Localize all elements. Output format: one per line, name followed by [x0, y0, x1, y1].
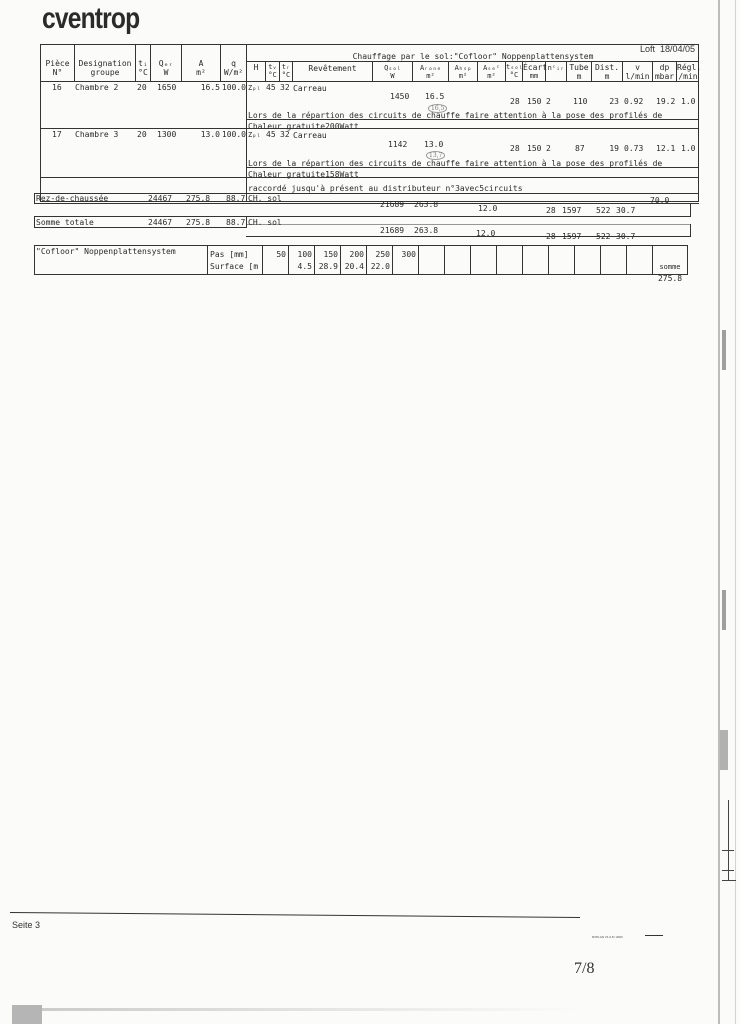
- spacing-label-surface: Surface [m: [210, 262, 258, 271]
- spacing-pas: 150: [314, 250, 338, 259]
- col-tr: tᵣ°C: [280, 63, 292, 79]
- spacing-pas: 250: [366, 250, 390, 259]
- col-q: qW/m²: [221, 59, 246, 77]
- spacing-label-pas: Pas [mm]: [210, 250, 249, 259]
- col-area: Am²: [182, 59, 220, 77]
- col-ti: tᵢ°C: [136, 59, 150, 77]
- col-ecart: Écartmm: [523, 63, 545, 80]
- group-title: Chauffage par le sol:"Cofloor" Noppenpla…: [247, 52, 699, 61]
- col-v: vl/min: [623, 63, 652, 81]
- row-note: Chaleur gratuite200Watt: [248, 122, 359, 131]
- col-qsol: QₛₒₗW: [373, 64, 412, 80]
- spacing-surface: 20.4: [340, 262, 364, 271]
- scan-artifact: [42, 1008, 582, 1011]
- spacing-surface: 4.5: [288, 262, 312, 271]
- brand-logo: cventrop: [42, 2, 139, 36]
- col-tv: tᵥ°C: [266, 63, 279, 79]
- col-asec: Aₛₑᶜm²: [478, 64, 505, 80]
- col-designation: Designationgroupe: [75, 59, 135, 77]
- spacing-pas: 100: [288, 250, 312, 259]
- spacing-pas: 50: [262, 250, 286, 259]
- spacing-sum-label: somme: [652, 263, 688, 272]
- page-edge: [735, 0, 736, 1024]
- software-version: DVPLAN V1.0.8 / 2003: [592, 935, 623, 939]
- spacing-sum-value: 275.8: [652, 274, 688, 283]
- scan-artifact: [12, 1005, 42, 1024]
- spacing-surface: 22.0: [366, 262, 390, 271]
- col-h: H: [247, 63, 265, 72]
- col-ncirc: nᶜᵢᵣ: [546, 64, 566, 72]
- page-edge: [718, 0, 720, 1024]
- col-tsol: tₛₒₗ°C: [506, 63, 522, 79]
- spacing-system: "Cofloor" Noppenplattensystem: [36, 247, 176, 256]
- page-label: Seite 3: [12, 920, 40, 930]
- spacing-pas: 200: [340, 250, 364, 259]
- col-tube: Tubem: [567, 63, 591, 81]
- col-dp: dpmbar: [653, 63, 676, 81]
- col-dist: Dist.m: [592, 63, 622, 81]
- col-revetement: Revêtement: [293, 64, 372, 73]
- col-regl: Régl./min: [677, 63, 699, 81]
- distributor-note: raccordé jusqu'à présent au distributeur…: [248, 184, 523, 193]
- col-azone: Aᵣₒₙₑm²: [413, 64, 448, 80]
- col-ahsp: Aₕₛₚm²: [449, 64, 477, 80]
- col-piece: PièceN°: [41, 59, 74, 77]
- col-qber: QₑᵣW: [151, 59, 181, 77]
- page-number: 7/8: [574, 960, 594, 978]
- spacing-pas: 300: [392, 250, 416, 259]
- spacing-surface: 28.9: [314, 262, 338, 271]
